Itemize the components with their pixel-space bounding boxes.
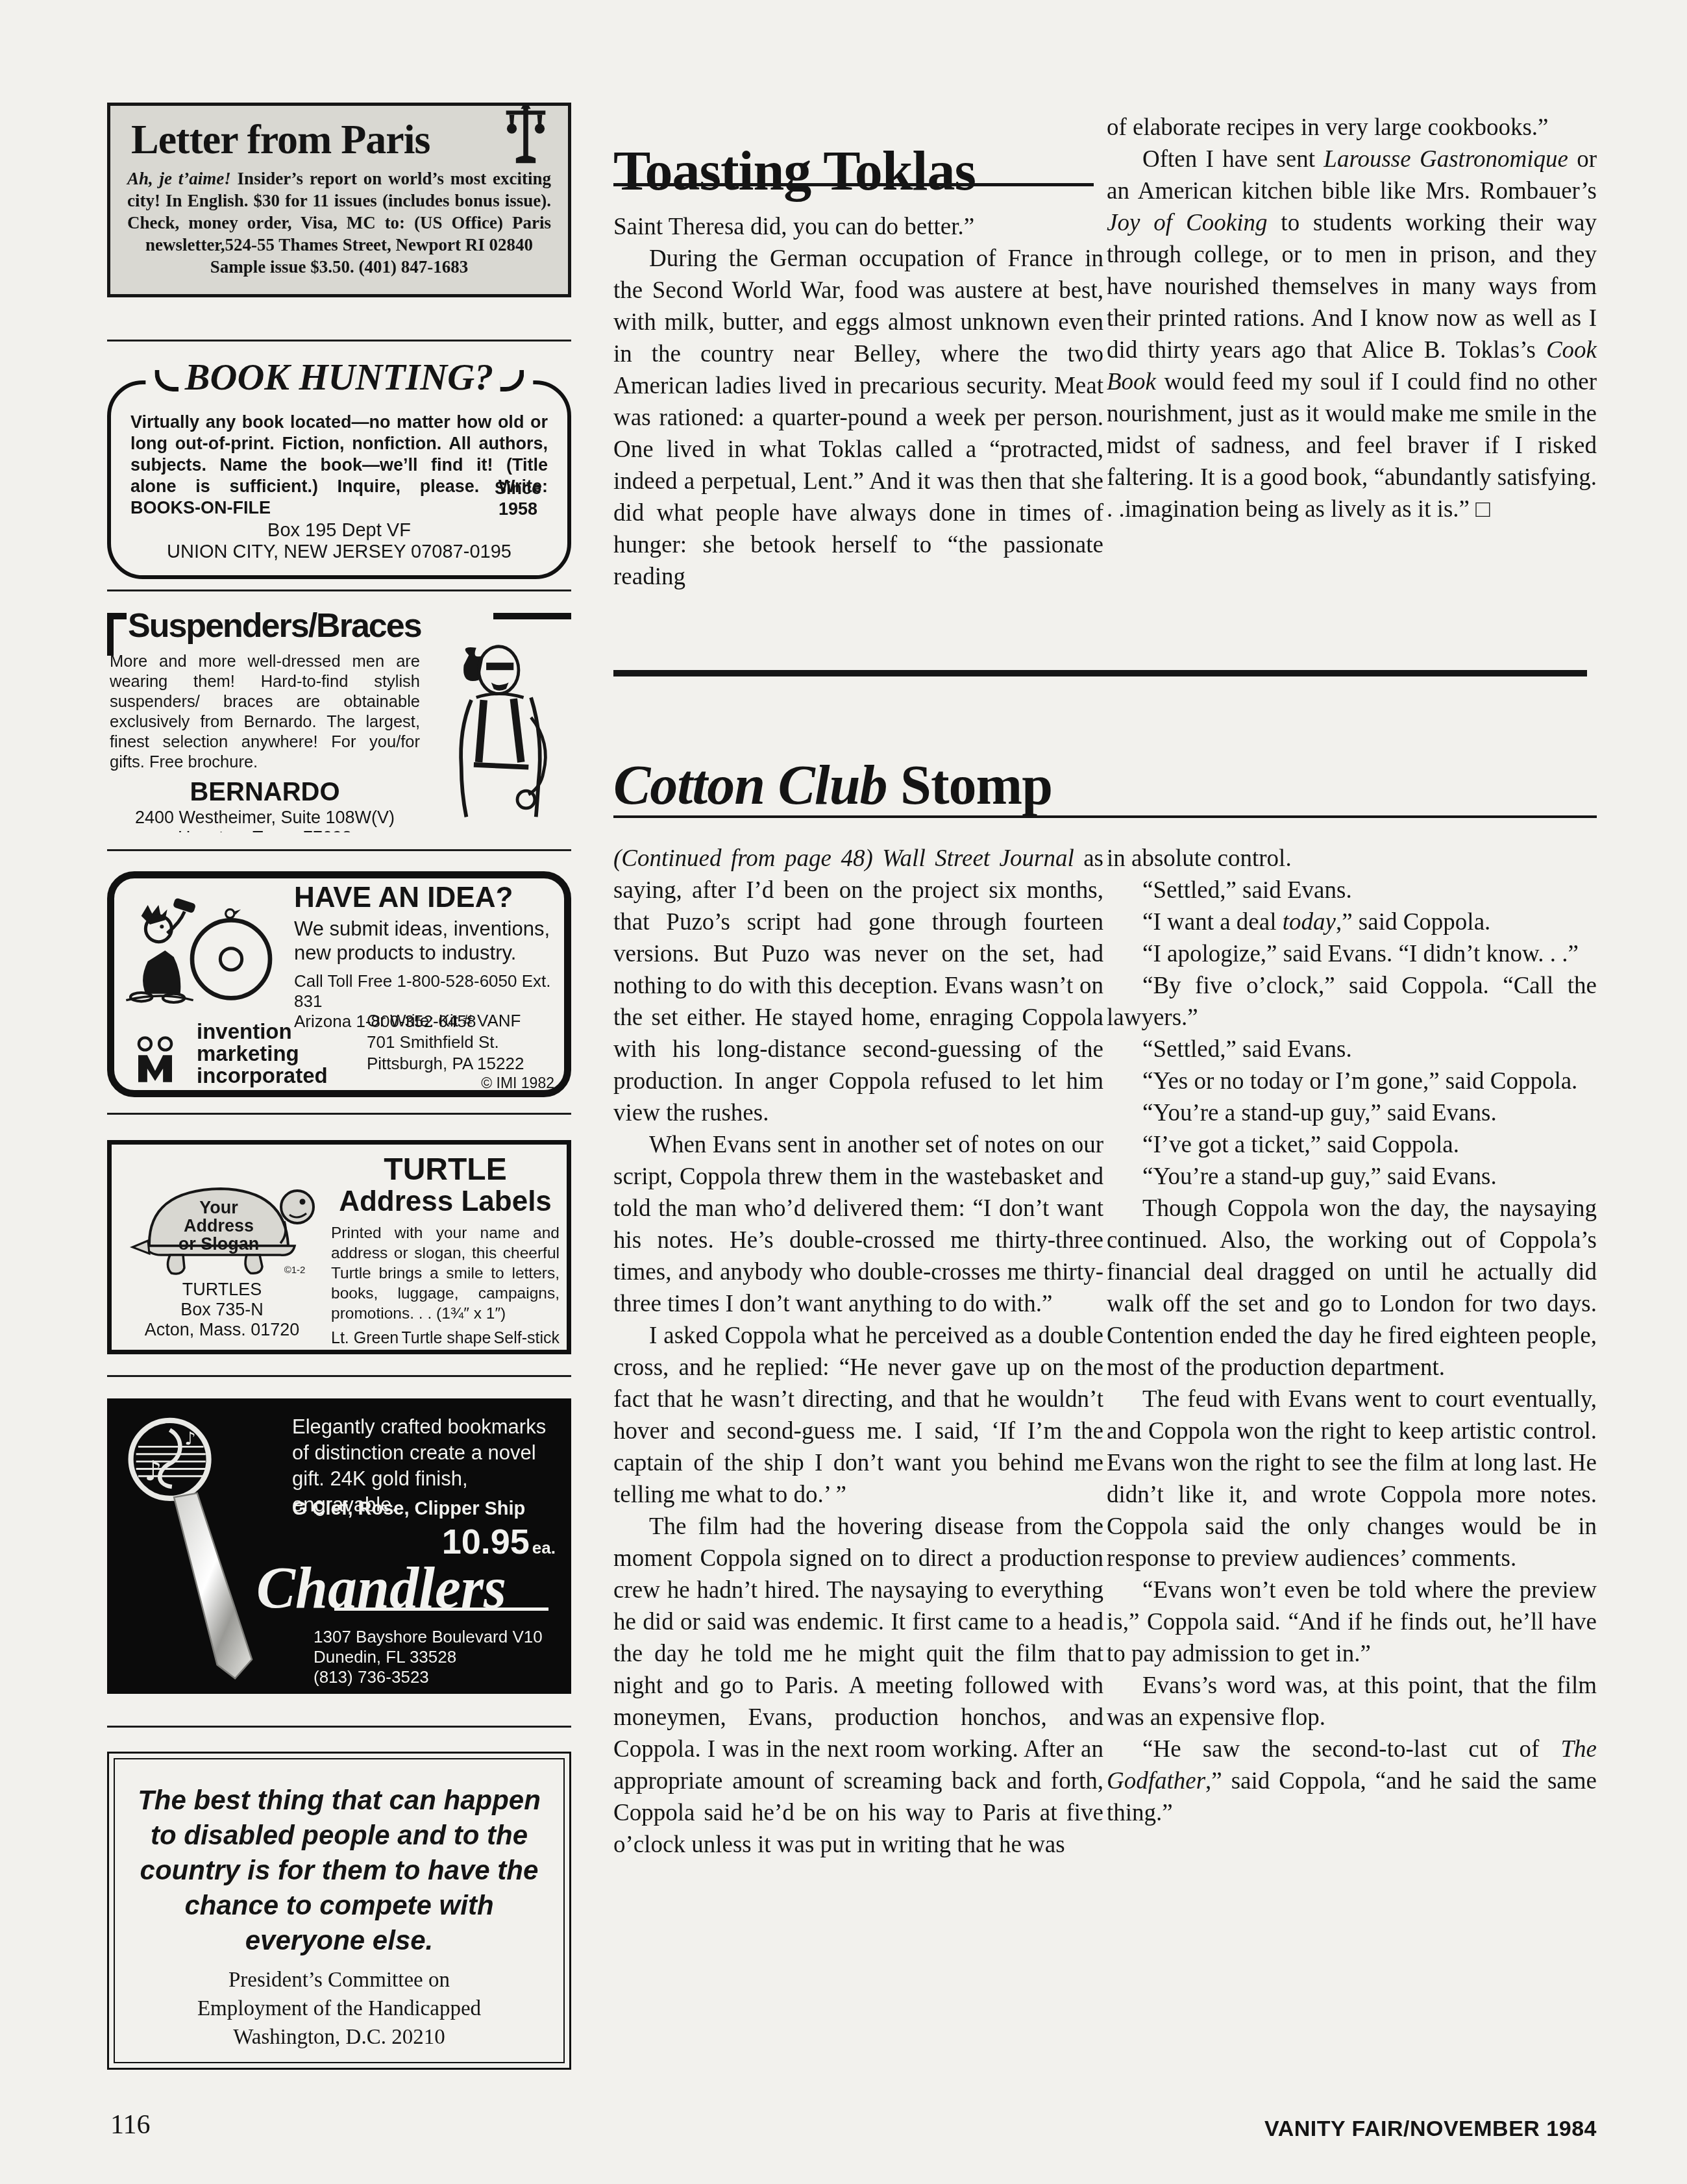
section-divider-rule xyxy=(613,670,1587,676)
ad-separator xyxy=(107,849,571,851)
turtle-spec-color: Lt. Green xyxy=(331,1330,399,1346)
cotton-column-right: in absolute control.“Settled,” said Evan… xyxy=(1107,843,1597,1829)
chandlers-price-unit: ea. xyxy=(532,1538,556,1557)
suspenders-address: 2400 Westheimer, Suite 108W(V) Houston, … xyxy=(110,808,420,832)
turtle-company-name: TURTLES xyxy=(125,1280,319,1300)
book-hunting-title: BOOK HUNTING? xyxy=(145,358,533,396)
idea-subtitle: We submit ideas, inventions, new product… xyxy=(294,917,555,965)
ad-letter-from-paris: Letter from Paris Ah, je t’aime! Insider… xyxy=(107,103,571,297)
suspenders-body: More and more well-dressed men are weari… xyxy=(110,652,420,773)
turtle-title: TURTLE xyxy=(331,1154,560,1186)
chandlers-styles: G Clef, Rose, Clipper Ship xyxy=(292,1500,525,1519)
ad-separator xyxy=(107,1113,571,1115)
bookmark-illustration: ♪ ♪ xyxy=(115,1409,284,1685)
turtle-shell-text3: or Slogan xyxy=(179,1234,260,1254)
ad-separator xyxy=(107,340,571,341)
turtle-copyright-mark: ©1-2 xyxy=(284,1265,306,1276)
since-year: 1958 xyxy=(495,499,541,519)
idea-write-line2: 701 Smithfield St. xyxy=(367,1032,524,1053)
idea-copyright: © IMI 1982 xyxy=(481,1076,554,1091)
toasting-toklas-headline: Toasting Toklas xyxy=(613,143,976,199)
book-hunting-since: Since 1958 xyxy=(495,478,541,519)
chandlers-price: 10.95 ea. xyxy=(442,1524,556,1559)
ad-separator xyxy=(107,589,571,591)
ad-presidents-committee-psa: The best thing that can happen to disabl… xyxy=(107,1752,571,2070)
turtle-spec-shape: Turtle shape xyxy=(401,1330,491,1346)
book-hunting-address: Box 195 Dept VF UNION CITY, NEW JERSEY 0… xyxy=(130,520,548,563)
cotton-column-middle: (Continued from page 48) Wall Street Jou… xyxy=(613,843,1103,1861)
music-note-icon: ♪ xyxy=(184,1428,196,1449)
imi-word-invention: invention xyxy=(197,1021,328,1043)
turtle-shell-text2: Address xyxy=(184,1216,254,1235)
suspenders-address-line1: 2400 Westheimer, Suite 108W(V) xyxy=(110,808,420,828)
chandlers-phone: (813) 736-3523 xyxy=(314,1667,543,1687)
turtle-address-line1: Box 735-N xyxy=(125,1300,319,1320)
lamppost-icon xyxy=(500,103,551,166)
paris-ad-lead: Ah, je t’aime! xyxy=(127,169,231,188)
chandlers-address-line2: Dunedin, FL 33528 xyxy=(314,1647,543,1667)
suspenders-address-line2: Houston, Texas 77098 xyxy=(110,828,420,832)
psa-org-line1: President’s Committee on xyxy=(134,1966,545,1994)
turtle-shell-text1: Your xyxy=(199,1198,238,1217)
toklas-column-middle: Saint Theresa did, you can do better.”Du… xyxy=(613,211,1103,593)
cotton-club-headline: Cotton Club Stomp xyxy=(613,757,1052,813)
turtle-address-line2: Acton, Mass. 01720 xyxy=(125,1320,319,1340)
man-wearing-suspenders-illustration xyxy=(434,643,571,822)
paris-ad-title: Letter from Paris xyxy=(131,118,551,161)
imi-word-marketing: marketing xyxy=(197,1043,328,1065)
idea-ad-text: HAVE AN IDEA? We submit ideas, invention… xyxy=(294,883,555,1032)
music-note-icon: ♪ xyxy=(145,1455,162,1487)
ad-turtle-labels: Your Address or Slogan ©1-2 TURTLES Box … xyxy=(107,1140,571,1354)
ad-suspenders-braces: Suspenders/Braces More and more well-dre… xyxy=(107,609,571,832)
since-label: Since xyxy=(495,478,541,499)
turtle-specs: Lt. Green Turtle shape Self-stick xyxy=(331,1330,560,1346)
toklas-column-right: of elaborate recipes in very large cookb… xyxy=(1107,112,1597,525)
idea-write-line3: Pittsburgh, PA 15222 xyxy=(367,1053,524,1074)
imi-logo-words: invention marketing incorporated xyxy=(197,1021,328,1087)
turtle-illustration: Your Address or Slogan ©1-2 xyxy=(125,1156,319,1277)
toklas-headline-rule xyxy=(613,183,1094,186)
book-hunting-address-line2: UNION CITY, NEW JERSEY 07087-0195 xyxy=(130,541,548,563)
magazine-page: Letter from Paris Ah, je t’aime! Insider… xyxy=(0,0,1687,2184)
turtle-body: Printed with your name and address or sl… xyxy=(331,1223,560,1324)
page-number: 116 xyxy=(110,2111,150,2139)
paris-ad-body: Ah, je t’aime! Insider’s report on world… xyxy=(127,168,551,256)
suspenders-brand: BERNARDO xyxy=(110,779,420,805)
turtle-spec-stick: Self-stick xyxy=(494,1330,560,1346)
idea-title: HAVE AN IDEA? xyxy=(294,883,555,913)
psa-organization: President’s Committee on Employment of t… xyxy=(134,1966,545,2052)
chandlers-address: 1307 Bayshore Boulevard V10 Dunedin, FL … xyxy=(314,1627,543,1687)
imi-word-incorporated: incorporated xyxy=(197,1065,328,1087)
cotton-headline-rule xyxy=(613,815,1597,818)
ad-separator xyxy=(107,1726,571,1728)
chandlers-logo: Chandlers xyxy=(204,1559,558,1611)
imi-logo-icon xyxy=(121,1034,189,1087)
psa-quote: The best thing that can happen to disabl… xyxy=(134,1783,545,1958)
turtle-company: TURTLES Box 735-N Acton, Mass. 01720 xyxy=(125,1280,319,1340)
book-hunting-address-line1: Box 195 Dept VF xyxy=(130,520,548,541)
turtle-ad-text: TURTLE Address Labels Printed with your … xyxy=(331,1154,560,1354)
suspenders-title: Suspenders/Braces xyxy=(128,609,571,643)
cotton-club-headline-italic: Cotton Club xyxy=(613,754,887,816)
chandlers-address-line1: 1307 Bayshore Boulevard V10 xyxy=(314,1627,543,1647)
idea-tollfree: Call Toll Free 1-800-528-6050 Ext. 831 xyxy=(294,971,555,1011)
ad-separator xyxy=(107,1375,571,1377)
psa-org-line3: Washington, D.C. 20210 xyxy=(134,2023,545,2052)
footer-magazine-date: VANITY FAIR/NOVEMBER 1984 xyxy=(1264,2118,1597,2140)
idea-write-address: Or Write: Kit # VANF 701 Smithfield St. … xyxy=(367,1010,524,1074)
turtle-subtitle: Address Labels xyxy=(331,1186,560,1217)
caveman-and-wheel-illustration xyxy=(117,896,280,1005)
psa-org-line2: Employment of the Handicapped xyxy=(134,1994,545,2023)
paris-ad-sample-line: Sample issue $3.50. (401) 847-1683 xyxy=(127,256,551,278)
ad-chandlers-bookmarks: ♪ ♪ Elegantly crafted bookmarks of disti… xyxy=(107,1398,571,1694)
idea-write-line1: Or Write: Kit # VANF xyxy=(367,1010,524,1032)
chandlers-price-value: 10.95 xyxy=(442,1522,530,1561)
book-hunting-box: Virtually any book located—no matter how… xyxy=(107,380,571,579)
book-hunting-body: Virtually any book located—no matter how… xyxy=(130,412,548,519)
ad-have-an-idea: HAVE AN IDEA? We submit ideas, invention… xyxy=(107,871,571,1097)
cotton-club-headline-roman: Stomp xyxy=(887,754,1052,816)
imi-logo: invention marketing incorporated xyxy=(121,1021,328,1087)
ad-book-hunting: BOOK HUNTING? Virtually any book located… xyxy=(107,358,571,587)
